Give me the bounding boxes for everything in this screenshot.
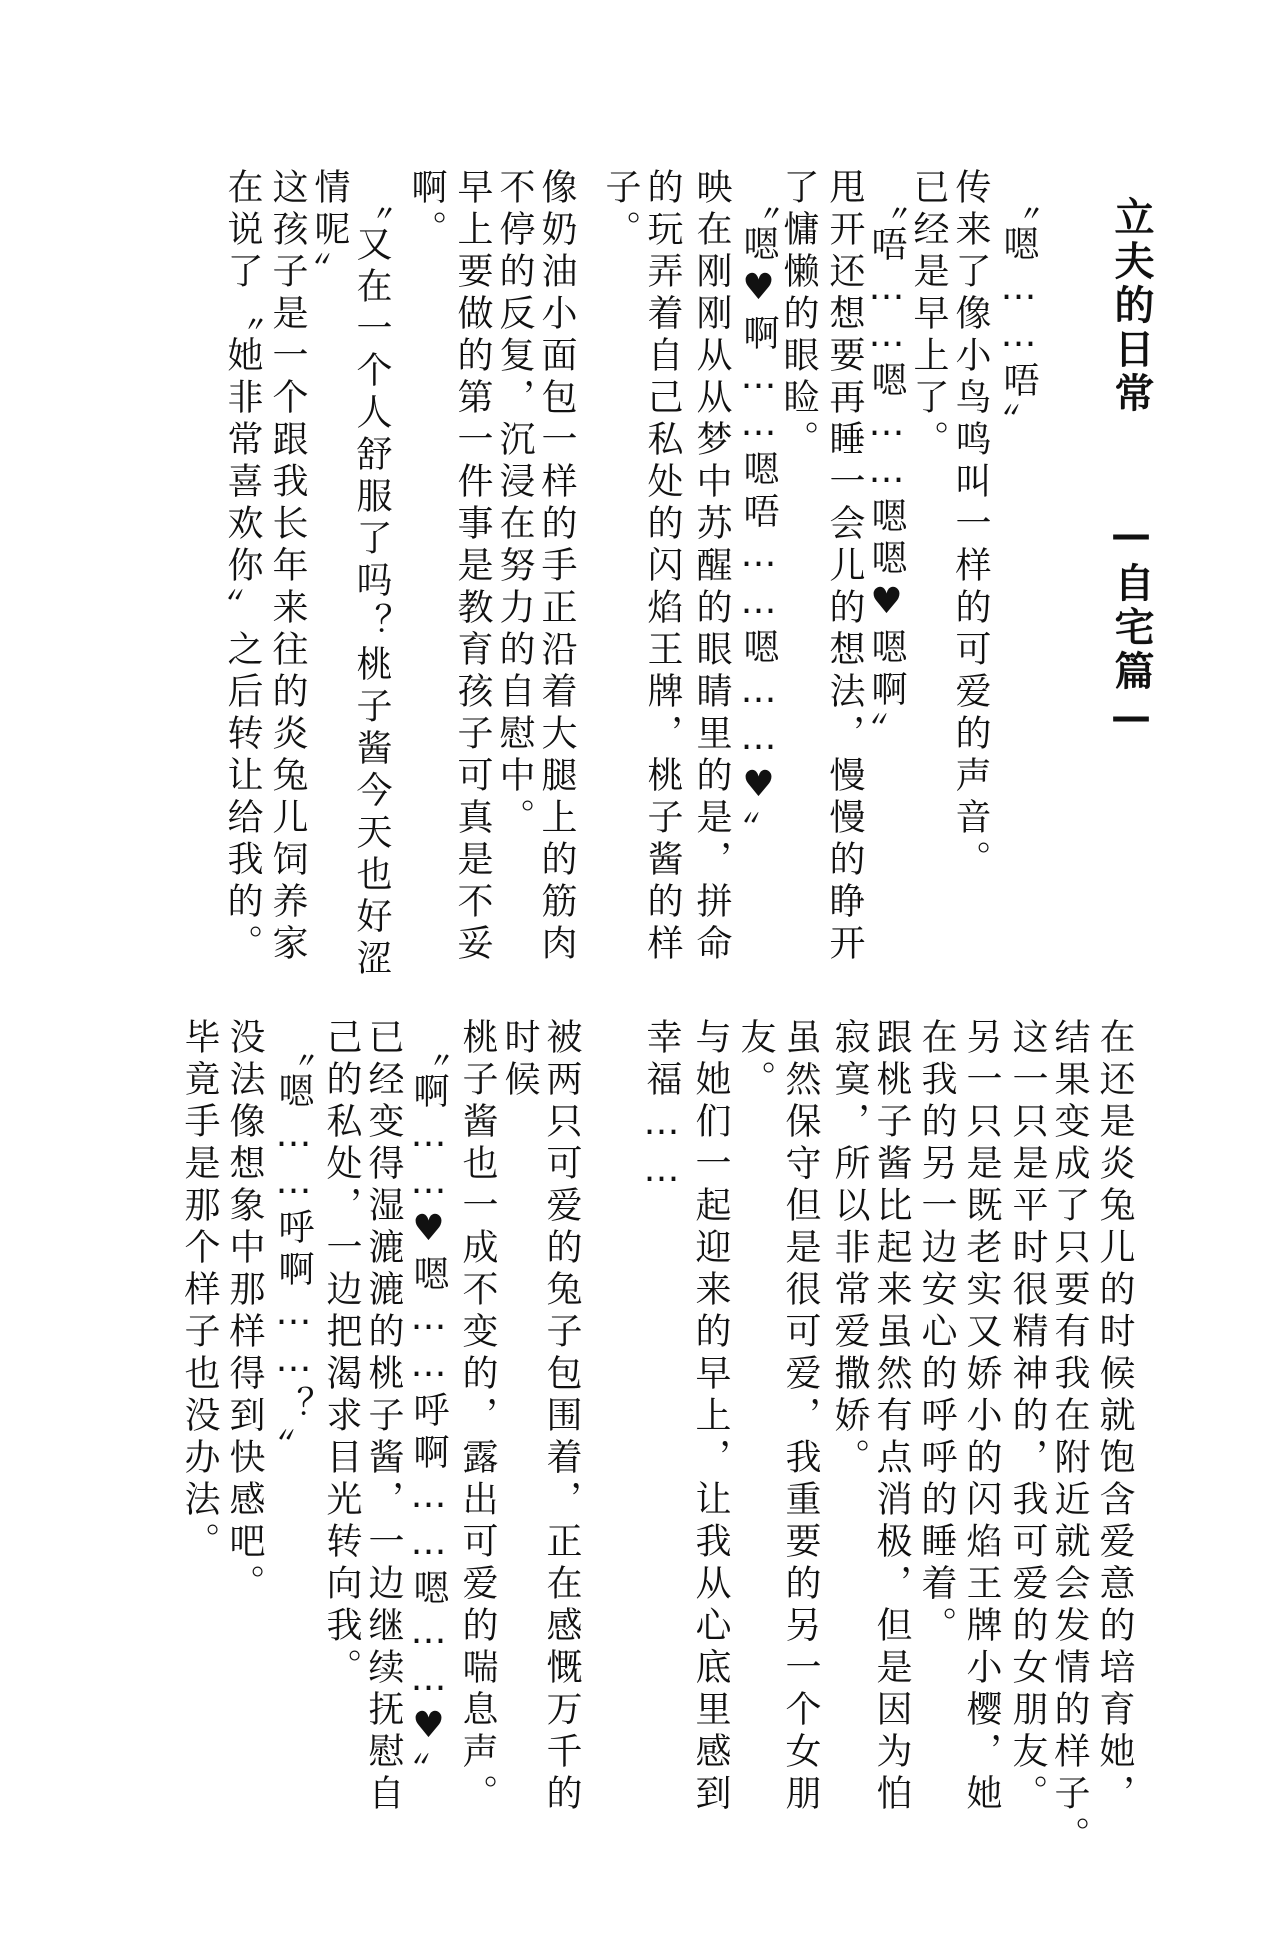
title-sub: —自宅篇— <box>1108 512 1154 744</box>
text-column: 这一只是平时很精神的，我可爱的女朋友。 <box>1006 1018 1048 1816</box>
text-column: 像奶油小面包一样的手正沿着大腿上的筋肉 <box>535 168 577 966</box>
text-column: 传来了像小鸟鸣叫一样的可爱的声音。 <box>949 168 991 882</box>
text-column: 寂寞，所以非常爱撒娇。 <box>828 1018 870 1480</box>
text-column: 友。 <box>734 1018 776 1102</box>
text-column: 〝嗯♥啊……嗯唔……嗯……♥〞 <box>737 183 779 853</box>
text-column: 没法像想象中那样得到快感吧。 <box>223 1018 265 1606</box>
text-column: 映在刚刚从从梦中苏醒的眼睛里的是，拼命 <box>690 168 732 966</box>
text-column: 甩开还想要再睡一会儿的想法，慢慢的睁开 <box>823 168 865 966</box>
text-column: 〝嗯……唔〞 <box>997 183 1039 445</box>
text-column: 已经是早上了。 <box>907 168 949 462</box>
title-main: 立夫的日常 <box>1108 196 1154 416</box>
text-column: 与她们一起迎来的早上，让我从心底里感到 <box>689 1018 731 1816</box>
text-column: 〝唔……嗯……嗯嗯♥嗯啊〞 <box>865 183 907 754</box>
manga-text-page: 立夫的日常—自宅篇— 〝嗯……唔〞传来了像小鸟鸣叫一样的可爱的声音。已经是早上了… <box>0 0 1280 1947</box>
text-column: 时候 <box>498 1018 540 1102</box>
text-column: 毕竟手是那个样子也没办法。 <box>178 1018 220 1564</box>
text-column: 在还是炎兔儿的时候就饱含爱意的培育她， <box>1093 1018 1135 1816</box>
text-column: 虽然保守但是很可爱，我重要的另一个女朋 <box>779 1018 821 1816</box>
text-column: 的玩弄着自己私处的闪焰王牌，桃子酱的样 <box>641 168 683 966</box>
text-column: 结果变成了只要有我在附近就会发情的样子。 <box>1048 1018 1090 1858</box>
text-column: 幸福…… <box>640 1018 682 1196</box>
text-column: 〝啊……♥嗯……呼啊……嗯……♥〞 <box>407 1030 449 1794</box>
text-column: 跟桃子酱比起来虽然有点消极，但是因为怕 <box>870 1018 912 1816</box>
text-column: 这孩子是一个跟我长年来往的炎兔儿饲养家 <box>266 168 308 966</box>
text-column: 情呢〞 <box>308 168 350 294</box>
text-column: 早上要做的第一件事是教育孩子可真是不妥 <box>451 168 493 966</box>
text-column: 子。 <box>599 168 641 252</box>
text-column: 不停的反复，沉浸在努力的自慰中。 <box>493 168 535 840</box>
text-column: 啊。 <box>405 168 447 252</box>
page-title: 立夫的日常—自宅篇— <box>1107 196 1155 744</box>
text-column: 已经变得湿漉漉的桃子酱，一边继续抚慰自 <box>362 1018 404 1816</box>
text-column: 〝嗯……呼啊……？〞 <box>272 1030 314 1470</box>
text-column: 被两只可爱的兔子包围着，正在感慨万千的 <box>540 1018 582 1816</box>
text-column: 在我的另一边安心的呼呼的睡着。 <box>915 1018 957 1648</box>
text-column: 在说了〝她非常喜欢你〞之后转让给我的。 <box>221 168 263 966</box>
text-column: 桃子酱也一成不变的，露出可爱的喘息声。 <box>456 1018 498 1816</box>
text-column: 了慵懒的眼睑。 <box>777 168 819 462</box>
text-column: 己的私处，一边把渴求目光转向我。 <box>320 1018 362 1690</box>
text-column: 另一只是既老实又娇小的闪焰王牌小樱，她 <box>960 1018 1002 1816</box>
text-column: 〝又在一个人舒服了吗？桃子酱今天也好涩 <box>350 183 392 981</box>
